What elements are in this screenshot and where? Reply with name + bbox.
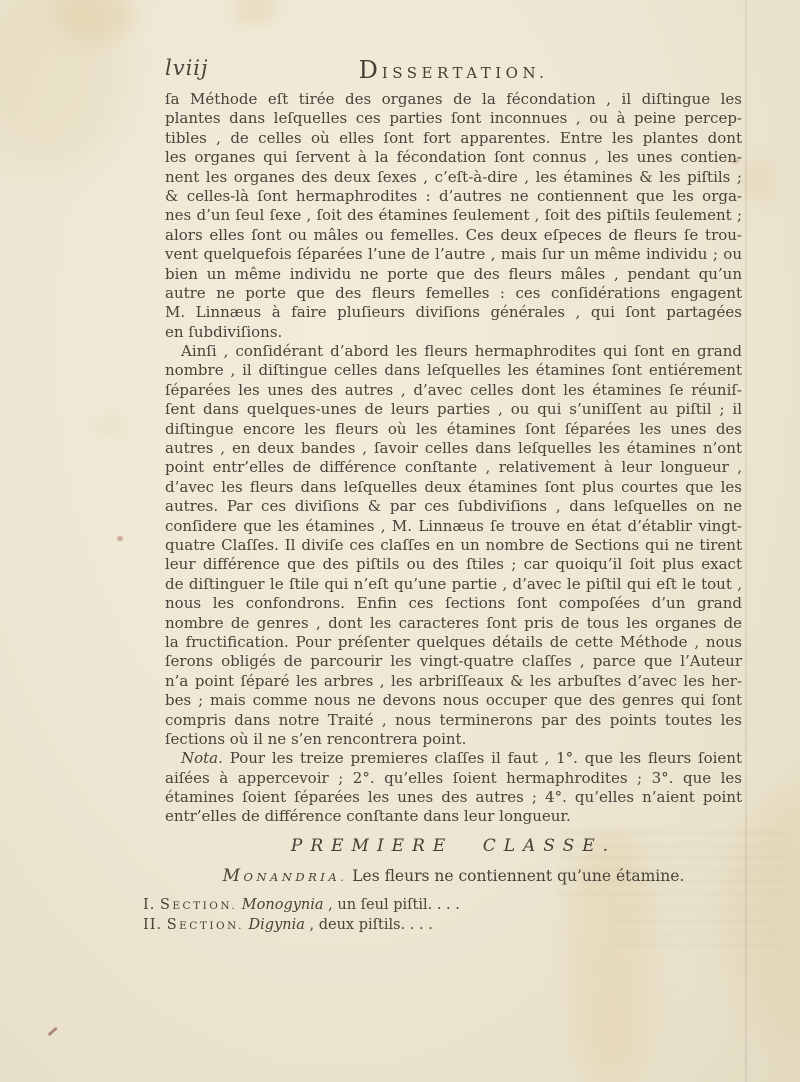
- section-label-rest: ECTION.: [179, 920, 244, 932]
- text-line: ſections où il ne s’en rencontrera point…: [165, 730, 742, 749]
- nota-line: entr’elles de différence conſtante dans …: [165, 807, 742, 826]
- class-name-initial: M: [223, 866, 244, 886]
- text-line: diſtingue encore les fleurs où les étami…: [165, 420, 742, 439]
- pen-mark: [48, 1027, 58, 1036]
- text-line: & celles-là ſont hermaphrodites : d’autr…: [165, 187, 742, 206]
- text-line: la fructification. Pour préſenter quelqu…: [165, 633, 742, 652]
- text-line: nous les confondrons. Enfin ces ſections…: [165, 594, 742, 613]
- text-line: point entr’elles de différence conſtante…: [165, 458, 742, 477]
- body-text: ſa Méthode eſt tirée des organes de la f…: [165, 90, 742, 827]
- section-label-initial: S: [160, 897, 172, 913]
- book-page: lviij DISSERTATION. ſa Méthode eſt tirée…: [0, 0, 800, 1082]
- nota-line: aiſées à appercevoir ; 2°. qu’elles ſoie…: [165, 769, 742, 788]
- text-line: nes d’un ſeul ſexe , ſoit des étamines ſ…: [165, 206, 742, 225]
- class-name-rest: ONANDRIA.: [244, 870, 348, 884]
- text-line: quatre Claſſes. Il diviſe ces claſſes en…: [165, 536, 742, 555]
- text-line: nombre de genres , dont les caracteres ſ…: [165, 614, 742, 633]
- running-title-rest: ISSERTATION.: [382, 64, 549, 82]
- text-line: les organes qui ſervent à la fécondation…: [165, 148, 742, 167]
- text-line: alors elles ſont ou mâles ou femelles. C…: [165, 226, 742, 245]
- section-numeral: II.: [143, 917, 162, 933]
- text-line: plantes dans leſquelles ces parties ſont…: [165, 109, 742, 128]
- text-line: autres , en deux bandes , ſavoir celles …: [165, 439, 742, 458]
- text-line: ſa Méthode eſt tirée des organes de la f…: [165, 90, 742, 109]
- text-line: leur différence que des piſtils ou des ſ…: [165, 555, 742, 574]
- sections-list: I. SECTION. Monogynia , un ſeul piſtil. …: [143, 896, 723, 935]
- text-line: autre ne porte que des fleurs femelles :…: [165, 284, 742, 303]
- running-title-initial: D: [359, 56, 382, 84]
- class-intro-text: Les fleurs ne contiennent qu’une étamine…: [347, 867, 684, 885]
- class-heading: PREMIERE CLASSE.: [165, 836, 742, 856]
- section-label-rest: ECTION.: [172, 900, 237, 912]
- text-line: tibles , de celles où elles ſont fort ap…: [165, 129, 742, 148]
- text-line: ſéparées les unes des autres , d’avec ce…: [165, 381, 742, 400]
- text-line: M. Linnæus à faire pluſieurs diviſions g…: [165, 303, 742, 322]
- section-name: Monogynia: [237, 897, 323, 913]
- text-line: ſent dans quelques-unes de leurs parties…: [165, 400, 742, 419]
- nota-label: Nota.: [181, 749, 223, 767]
- text-line: vent quelquefois ſéparées l’une de l’aut…: [165, 245, 742, 264]
- section-row: I. SECTION. Monogynia , un ſeul piſtil. …: [143, 896, 723, 916]
- section-description: , un ſeul piſtil. . . .: [324, 897, 460, 913]
- class-intro: MONANDRIA. Les fleurs ne contiennent qu’…: [165, 866, 742, 886]
- text-line: conſidere que les étamines , M. Linnæus …: [165, 517, 742, 536]
- section-numeral: I.: [143, 897, 155, 913]
- paper-stain: [742, 158, 776, 204]
- text-line: bien un même individu ne porte que des f…: [165, 265, 742, 284]
- paper-speck: [117, 536, 123, 541]
- text-line: de diſtinguer le ſtile qui n’eſt qu’une …: [165, 575, 742, 594]
- paper-stain: [728, 790, 800, 1040]
- section-label-initial: S: [167, 917, 179, 933]
- paper-stain: [232, 0, 278, 26]
- text-line: compris dans notre Traité , nous termine…: [165, 711, 742, 730]
- nota-line: Nota. Pour les treize premieres claſſes …: [165, 749, 742, 768]
- paper-stain: [55, 0, 135, 42]
- text-line: autres. Par ces diviſions & par ces ſubd…: [165, 497, 742, 516]
- text-line: ſerons obligés de parcourir les vingt-qu…: [165, 652, 742, 671]
- running-title: DISSERTATION.: [165, 56, 742, 84]
- paper-stain: [96, 416, 126, 438]
- nota-text: Pour les treize premieres claſſes il fau…: [223, 749, 742, 767]
- section-name: Digynia: [244, 917, 305, 933]
- text-line: bes ; mais comme nous ne devons nous occ…: [165, 691, 742, 710]
- page-crease: [745, 0, 747, 1082]
- nota-line: étamines ſoient ſéparées les unes des au…: [165, 788, 742, 807]
- text-line: en ſubdiviſions.: [165, 323, 742, 342]
- text-line: Ainſi , conſidérant d’abord les fleurs h…: [165, 342, 742, 361]
- text-line: n’a point ſéparé les arbres , les arbriſ…: [165, 672, 742, 691]
- paper-stain: [0, 0, 124, 170]
- text-line: d’avec les fleurs dans leſquelles deux é…: [165, 478, 742, 497]
- section-description: , deux piſtils. . . .: [305, 917, 433, 933]
- text-line: nombre , il diſtingue celles dans leſque…: [165, 361, 742, 380]
- text-line: nent les organes des deux ſexes , c’eſt-…: [165, 168, 742, 187]
- section-row: II. SECTION. Digynia , deux piſtils. . .…: [143, 916, 723, 936]
